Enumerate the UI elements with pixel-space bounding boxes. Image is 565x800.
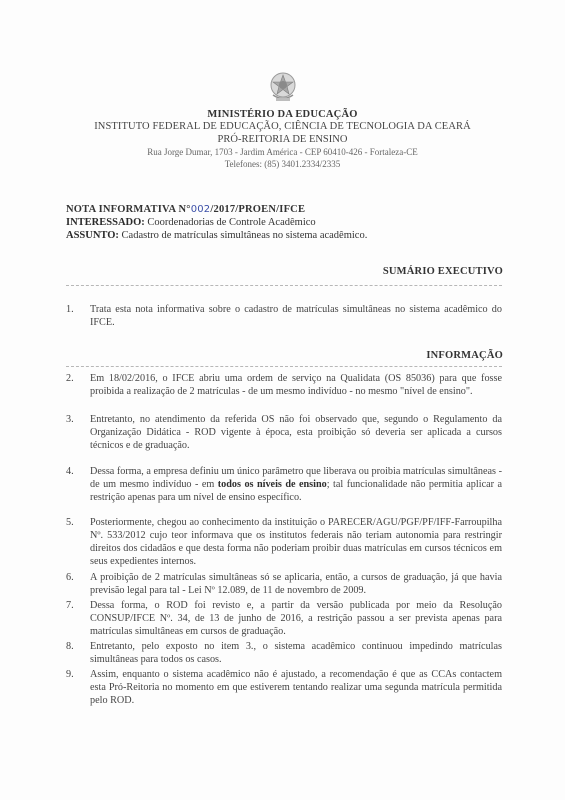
list-item: 2. Em 18/02/2016, o IFCE abriu uma ordem…: [66, 372, 502, 398]
item-text: Dessa forma, a empresa definiu um único …: [90, 465, 502, 504]
note-number-handwritten: 002: [191, 204, 211, 215]
list-item: 4. Dessa forma, a empresa definiu um úni…: [66, 465, 502, 504]
interested-label: INTERESSADO:: [66, 217, 145, 228]
note-prefix: NOTA INFORMATIVA N°: [66, 204, 191, 215]
item-text: Em 18/02/2016, o IFCE abriu uma ordem de…: [90, 372, 502, 398]
institute-heading: INSTITUTO FEDERAL DE EDUCAÇÃO, CIÊNCIA D…: [0, 121, 565, 132]
item-text: Assim, enquanto o sistema acadêmico não …: [90, 668, 502, 707]
document-page: MINISTÉRIO DA EDUCAÇÃO INSTITUTO FEDERAL…: [0, 0, 565, 800]
subject-value: Cadastro de matrículas simultâneas no si…: [122, 230, 368, 241]
divider: [66, 285, 502, 286]
item-number: 7.: [66, 599, 86, 612]
item-text: Trata esta nota informativa sobre o cada…: [90, 303, 502, 329]
list-item: 9. Assim, enquanto o sistema acadêmico n…: [66, 668, 502, 707]
subject-line: ASSUNTO: Cadastro de matrículas simultân…: [66, 230, 367, 241]
note-title: NOTA INFORMATIVA N°002/2017/PROEN/IFCE: [66, 204, 305, 215]
list-item: 5. Posteriormente, chegou ao conheciment…: [66, 516, 502, 568]
item-text: Entretanto, pelo exposto no item 3., o s…: [90, 640, 502, 666]
phone-line: Telefones: (85) 3401.2334/2335: [0, 159, 565, 169]
item-number: 1.: [66, 303, 86, 316]
interested-line: INTERESSADO: Coordenadorias de Controle …: [66, 217, 316, 228]
item-text: Posteriormente, chegou ao conhecimento d…: [90, 516, 502, 568]
item-number: 5.: [66, 516, 86, 529]
subject-label: ASSUNTO:: [66, 230, 119, 241]
info-section-title: INFORMAÇÃO: [426, 350, 503, 361]
item-number: 6.: [66, 571, 86, 584]
coat-of-arms-icon: [269, 71, 297, 103]
list-item: 3. Entretanto, no atendimento da referid…: [66, 413, 502, 452]
note-suffix: /2017/PROEN/IFCE: [210, 204, 305, 215]
item-text: Entretanto, no atendimento da referida O…: [90, 413, 502, 452]
address-line: Rua Jorge Dumar, 1703 - Jardim América -…: [0, 147, 565, 157]
list-item: 1. Trata esta nota informativa sobre o c…: [66, 303, 502, 329]
item-text: A proibição de 2 matrículas simultâneas …: [90, 571, 502, 597]
item-number: 9.: [66, 668, 86, 681]
department-heading: PRÓ-REITORIA DE ENSINO: [0, 134, 565, 145]
item-text-emphasis: todos os níveis de ensino: [218, 479, 327, 490]
list-item: 8. Entretanto, pelo exposto no item 3., …: [66, 640, 502, 666]
interested-value: Coordenadorias de Controle Acadêmico: [147, 217, 315, 228]
item-number: 8.: [66, 640, 86, 653]
list-item: 6. A proibição de 2 matrículas simultâne…: [66, 571, 502, 597]
ministry-heading: MINISTÉRIO DA EDUCAÇÃO: [0, 109, 565, 120]
list-item: 7. Dessa forma, o ROD foi revisto e, a p…: [66, 599, 502, 638]
divider: [66, 366, 502, 367]
summary-section-title: SUMÁRIO EXECUTIVO: [383, 266, 503, 277]
item-number: 2.: [66, 372, 86, 385]
item-text: Dessa forma, o ROD foi revisto e, a part…: [90, 599, 502, 638]
item-number: 4.: [66, 465, 86, 478]
item-number: 3.: [66, 413, 86, 426]
